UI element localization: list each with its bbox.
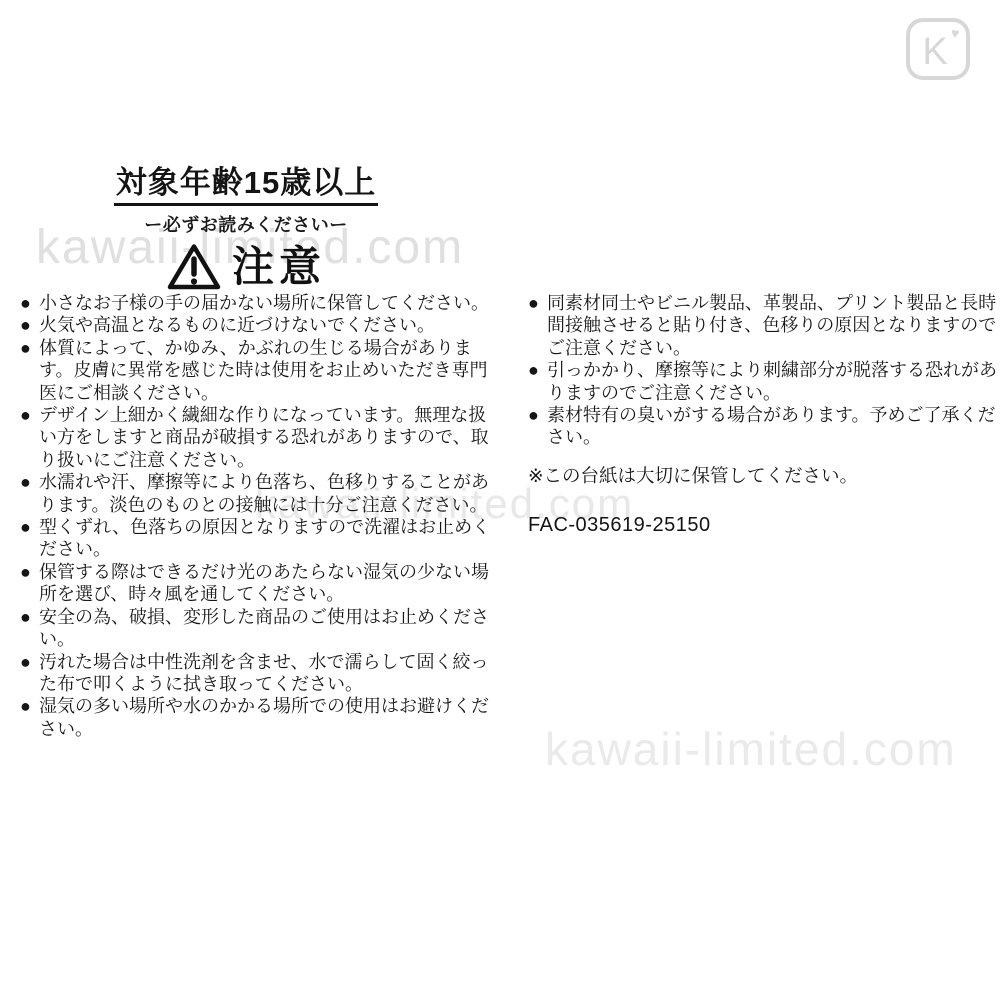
warning-text: 型くずれ、色落ちの原因となりますので洗濯はお止めください。 bbox=[39, 516, 492, 561]
warning-text: 湿気の多い場所や水のかかる場所での使用はお避けください。 bbox=[39, 695, 492, 740]
bullet-icon: ● bbox=[20, 651, 39, 696]
right-warning-list: ● 同素材同士やビニル製品、革製品、プリント製品と長時間接触させると貼り付き、色… bbox=[528, 292, 1000, 537]
warning-text: 体質によって、かゆみ、かぶれの生じる場合があります。皮膚に異常を感じた時は使用を… bbox=[39, 337, 492, 404]
warning-item: ● 安全の為、破損、変形した商品のご使用はお止めください。 bbox=[20, 606, 492, 651]
bullet-icon: ● bbox=[20, 561, 39, 606]
watermark-text: kawaii-limited.com bbox=[545, 722, 957, 776]
warning-item: ● 小さなお子様の手の届かない場所に保管してください。 bbox=[20, 292, 492, 314]
warning-text: 火気や高温となるものに近づけないでください。 bbox=[39, 314, 492, 336]
warning-text: 同素材同士やビニル製品、革製品、プリント製品と長時間接触させると貼り付き、色移り… bbox=[547, 292, 1000, 359]
left-warning-list: ● 小さなお子様の手の届かない場所に保管してください。 ● 火気や高温となるもの… bbox=[20, 292, 492, 740]
warning-text: デザイン上細かく繊細な作りになっています。無理な扱い方をしますと商品が破損する恐… bbox=[39, 404, 492, 471]
bullet-icon: ● bbox=[20, 337, 39, 404]
bullet-icon: ● bbox=[20, 695, 39, 740]
bullet-icon: ● bbox=[528, 404, 547, 449]
warning-text: 保管する際はできるだけ光のあたらない湿気の少ない場所を選び、時々風を通してくださ… bbox=[39, 561, 492, 606]
age-restriction-title: 対象年齢15歳以上 bbox=[114, 167, 378, 206]
bullet-icon: ● bbox=[20, 606, 39, 651]
bullet-icon: ● bbox=[20, 292, 39, 314]
warning-item: ● 型くずれ、色落ちの原因となりますので洗濯はお止めください。 bbox=[20, 516, 492, 561]
bullet-icon: ● bbox=[20, 516, 39, 561]
warning-item: ● 汚れた場合は中性洗剤を含ませ、水で濡らして固く絞った布で叩くように拭き取って… bbox=[20, 651, 492, 696]
bullet-icon: ● bbox=[528, 359, 547, 404]
caution-label: 注意 bbox=[232, 246, 326, 288]
warning-triangle-icon bbox=[166, 242, 222, 292]
bullet-icon: ● bbox=[20, 404, 39, 471]
warning-text: 引っかかり、摩擦等により刺繍部分が脱落する恐れがありますのでご注意ください。 bbox=[547, 359, 1000, 404]
warning-item: ● 引っかかり、摩擦等により刺繍部分が脱落する恐れがありますのでご注意ください。 bbox=[528, 359, 1000, 404]
bullet-icon: ● bbox=[20, 471, 39, 516]
bullet-icon: ● bbox=[20, 314, 39, 336]
warning-item: ● 体質によって、かゆみ、かぶれの生じる場合があります。皮膚に異常を感じた時は使… bbox=[20, 337, 492, 404]
product-code: FAC-035619-25150 bbox=[528, 514, 1000, 536]
warning-item: ● 保管する際はできるだけ光のあたらない湿気の少ない場所を選び、時々風を通してく… bbox=[20, 561, 492, 606]
bullet-icon: ● bbox=[528, 292, 547, 359]
warning-item: ● 火気や高温となるものに近づけないでください。 bbox=[20, 314, 492, 336]
heart-icon: ♥ bbox=[950, 24, 960, 41]
warning-text: 安全の為、破損、変形した商品のご使用はお止めください。 bbox=[39, 606, 492, 651]
caution-card: kawaii-limited.com kawaii-limited.com ka… bbox=[0, 0, 1000, 1000]
warning-item: ● 湿気の多い場所や水のかかる場所での使用はお避けください。 bbox=[20, 695, 492, 740]
keep-card-note: ※この台紙は大切に保管してください。 bbox=[528, 465, 1000, 487]
warning-text: 小さなお子様の手の届かない場所に保管してください。 bbox=[39, 292, 492, 314]
kawaii-limited-logo: K ♥ bbox=[906, 18, 970, 80]
warning-item: ● デザイン上細かく繊細な作りになっています。無理な扱い方をしますと商品が破損す… bbox=[20, 404, 492, 471]
header: 対象年齢15歳以上 ー必ずお読みくださいー 注意 bbox=[0, 167, 492, 292]
warning-text: 汚れた場合は中性洗剤を含ませ、水で濡らして固く絞った布で叩くように拭き取ってくだ… bbox=[39, 651, 492, 696]
caution-heading: 注意 bbox=[0, 242, 492, 292]
warning-item: ● 水濡れや汗、摩擦等により色落ち、色移りすることがあります。淡色のものとの接触… bbox=[20, 471, 492, 516]
warning-text: 素材特有の臭いがする場合があります。予めご了承ください。 bbox=[547, 404, 1000, 449]
warning-item: ● 同素材同士やビニル製品、革製品、プリント製品と長時間接触させると貼り付き、色… bbox=[528, 292, 1000, 359]
read-notice-subtitle: ー必ずお読みくださいー bbox=[0, 211, 492, 237]
warning-item: ● 素材特有の臭いがする場合があります。予めご了承ください。 bbox=[528, 404, 1000, 449]
warning-text: 水濡れや汗、摩擦等により色落ち、色移りすることがあります。淡色のものとの接触には… bbox=[39, 471, 492, 516]
